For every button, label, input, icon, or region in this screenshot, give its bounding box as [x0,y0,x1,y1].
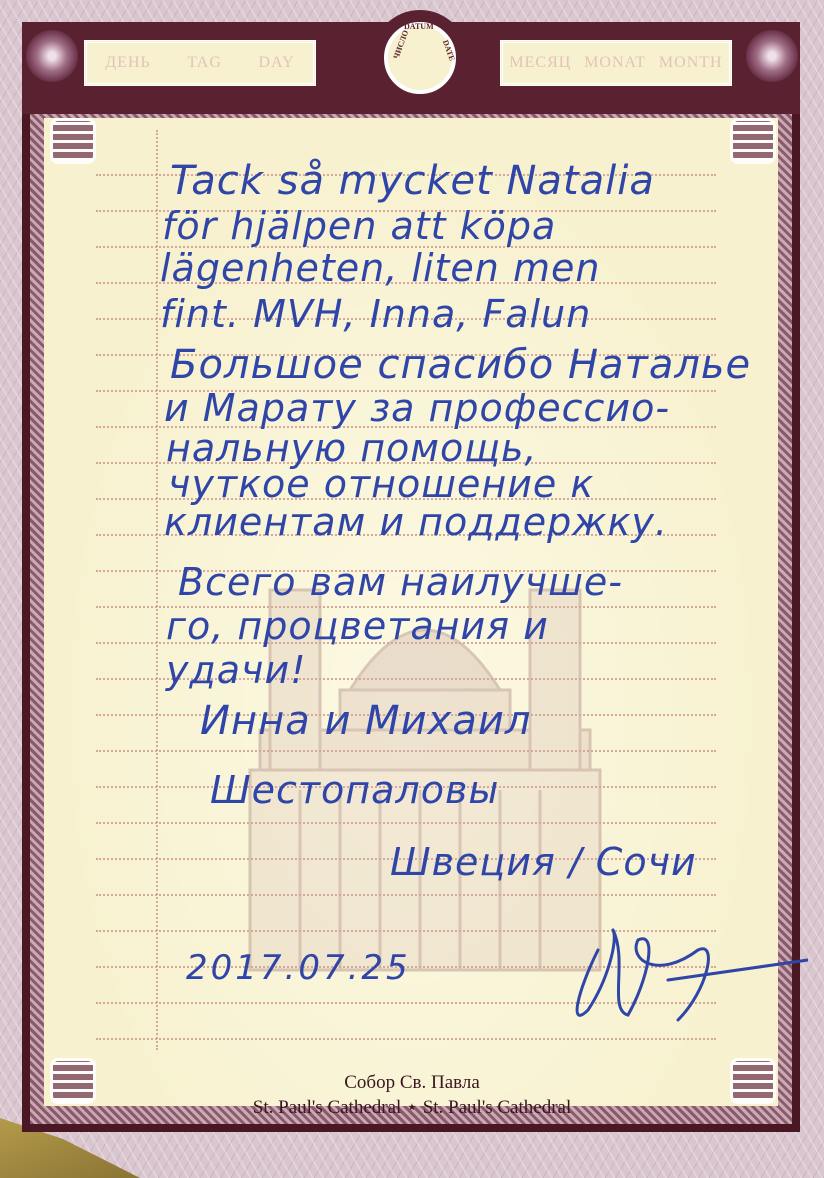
signature-location: Швеция / Сочи [390,840,697,884]
seal-label-de: DATUM [404,22,434,31]
month-label-en: MONTH [659,54,723,72]
handwritten-line-ru: го, процветания и [166,604,549,648]
ruled-line [96,750,716,752]
signature-scribble [568,920,808,1030]
handwritten-line-ru: Всего вам наилучше- [178,560,623,604]
day-label-en: DAY [258,54,294,72]
handwritten-line-sv: för hjälpen att köpa [162,204,556,248]
caption-english: St. Paul's Cathedral ⋆ St. Paul's Cathed… [0,1096,824,1119]
celtic-knot-icon [50,118,96,164]
day-label-de: TAG [187,54,222,72]
day-field: ДЕНЬ TAG DAY [84,40,316,86]
handwritten-line-sv: lägenheten, liten men [160,246,600,290]
month-label-de: MONAT [584,54,646,72]
month-label-ru: МЕСЯЦ [509,54,571,72]
handwritten-line-ru: клиентам и поддержку. [164,500,668,544]
handwritten-line-sv: Tack så mycket Natalia [170,158,655,204]
signature-names: Инна и Михаил [200,698,531,744]
handwritten-line-sv: fint. MVH, Inna, Falun [160,292,591,336]
month-field: МЕСЯЦ MONAT MONTH [500,40,732,86]
handwritten-line-ru: и Марату за профессио- [164,386,670,430]
day-label-ru: ДЕНЬ [105,54,150,72]
handwritten-line-ru: удачи! [166,648,306,692]
margin-line [156,130,158,1050]
ruled-line [96,894,716,896]
ruled-line [96,1038,716,1040]
ruled-line [96,822,716,824]
rosette-icon [26,30,78,82]
signature-surname: Шестопаловы [210,768,499,812]
date-seal: ЧИСЛО DATUM DATE [372,10,468,106]
celtic-knot-icon [730,118,776,164]
caption-russian: Собор Св. Павла [0,1072,824,1094]
handwritten-line-ru: Большое спасибо Наталье [170,342,751,388]
entry-date: 2017.07.25 [186,948,411,988]
rosette-icon [746,30,798,82]
